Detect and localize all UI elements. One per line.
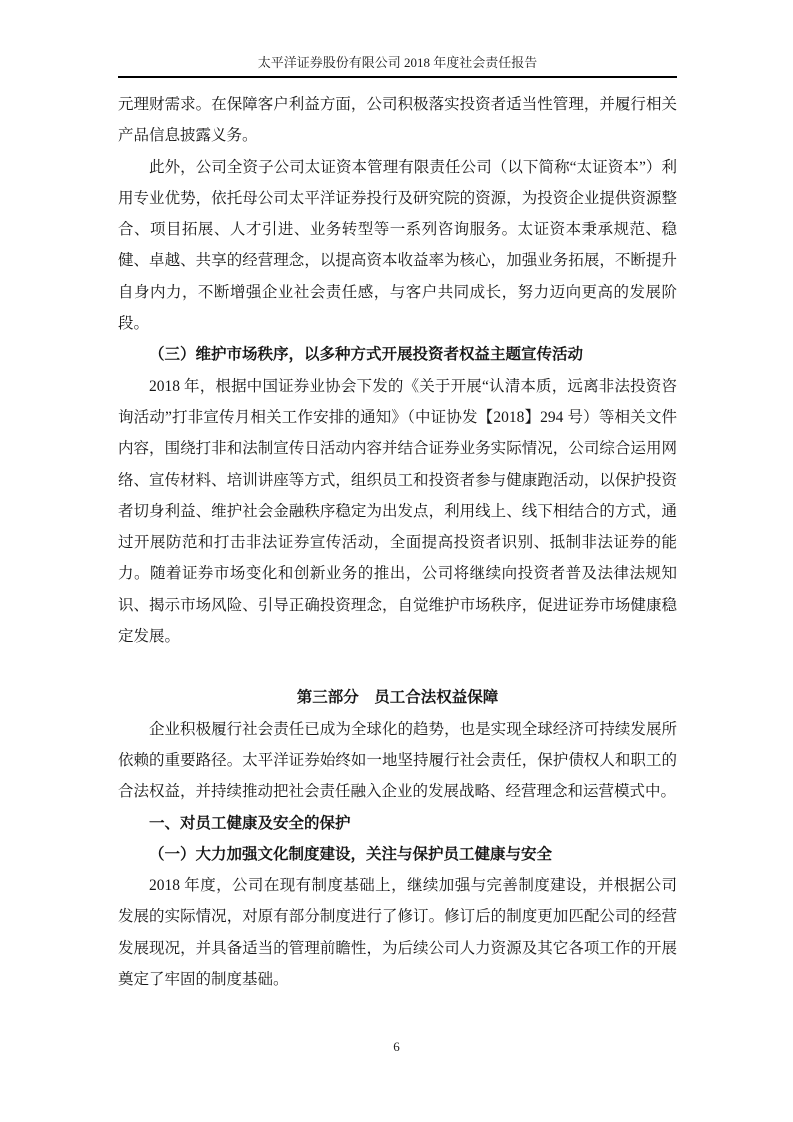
document-body: 元理财需求。在保障客户利益方面，公司积极落实投资者适当性管理，并履行相关产品信息… xyxy=(118,89,677,995)
sub-heading: （一）大力加强文化制度建设，关注与保护员工健康与安全 xyxy=(118,839,677,870)
body-paragraph: 2018 年，根据中国证券业协会下发的《关于开展“认清本质，远离非法投资咨询活动… xyxy=(118,371,677,653)
body-paragraph: 元理财需求。在保障客户利益方面，公司积极落实投资者适当性管理，并履行相关产品信息… xyxy=(118,89,677,152)
page-number: 6 xyxy=(393,1039,400,1054)
document-page: 太平洋证券股份有限公司 2018 年度社会责任报告 元理财需求。在保障客户利益方… xyxy=(0,0,793,1122)
body-paragraph: 企业积极履行社会责任已成为全球化的趋势，也是实现全球经济可持续发展所依赖的重要路… xyxy=(118,714,677,808)
page-header: 太平洋证券股份有限公司 2018 年度社会责任报告 xyxy=(118,54,677,78)
body-paragraph: 此外，公司全资子公司太证资本管理有限责任公司（以下简称“太证资本”）利用专业优势… xyxy=(118,152,677,340)
body-paragraph: 2018 年度，公司在现有制度基础上，继续加强与完善制度建设，并根据公司发展的实… xyxy=(118,870,677,995)
sub-heading: （三）维护市场秩序，以多种方式开展投资者权益主题宣传活动 xyxy=(118,339,677,370)
report-title: 太平洋证券股份有限公司 2018 年度社会责任报告 xyxy=(258,55,538,70)
sub-heading: 一、对员工健康及安全的保护 xyxy=(118,808,677,839)
page-footer: 6 xyxy=(0,1038,793,1056)
part-heading: 第三部分 员工合法权益保障 xyxy=(118,682,677,713)
